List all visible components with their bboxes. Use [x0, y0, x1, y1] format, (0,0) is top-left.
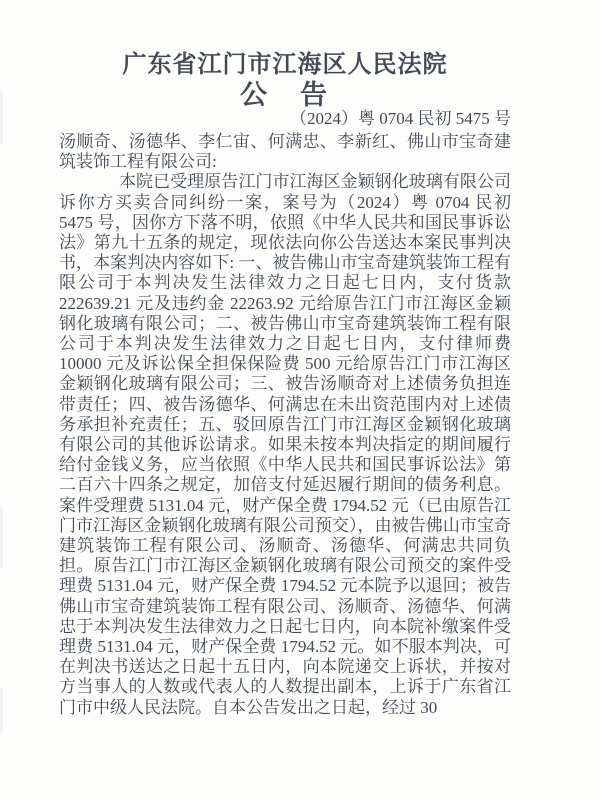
- scan-artifact: [0, 688, 3, 732]
- notice-title: 公 告: [59, 80, 511, 110]
- scanned-court-notice-page: 广东省江门市江海区人民法院 公 告 （2024）粤 0704 民初 5475 号…: [0, 0, 600, 800]
- addressees-line: 汤顺奇、汤德华、李仁宙、何满忠、李新红、佛山市宝奇建筑装饰工程有限公司:: [59, 132, 511, 172]
- notice-body-paragraph: 本院已受理原告江门市江海区金颖钢化玻璃有限公司诉你方买卖合同纠纷一案，案号为（2…: [59, 172, 511, 717]
- court-name-heading: 广东省江门市江海区人民法院: [59, 50, 511, 80]
- case-number: （2024）粤 0704 民初 5475 号: [59, 110, 511, 128]
- scan-artifact: [0, 508, 3, 568]
- notice-document: 广东省江门市江海区人民法院 公 告 （2024）粤 0704 民初 5475 号…: [59, 50, 511, 718]
- scan-artifact: [0, 92, 3, 144]
